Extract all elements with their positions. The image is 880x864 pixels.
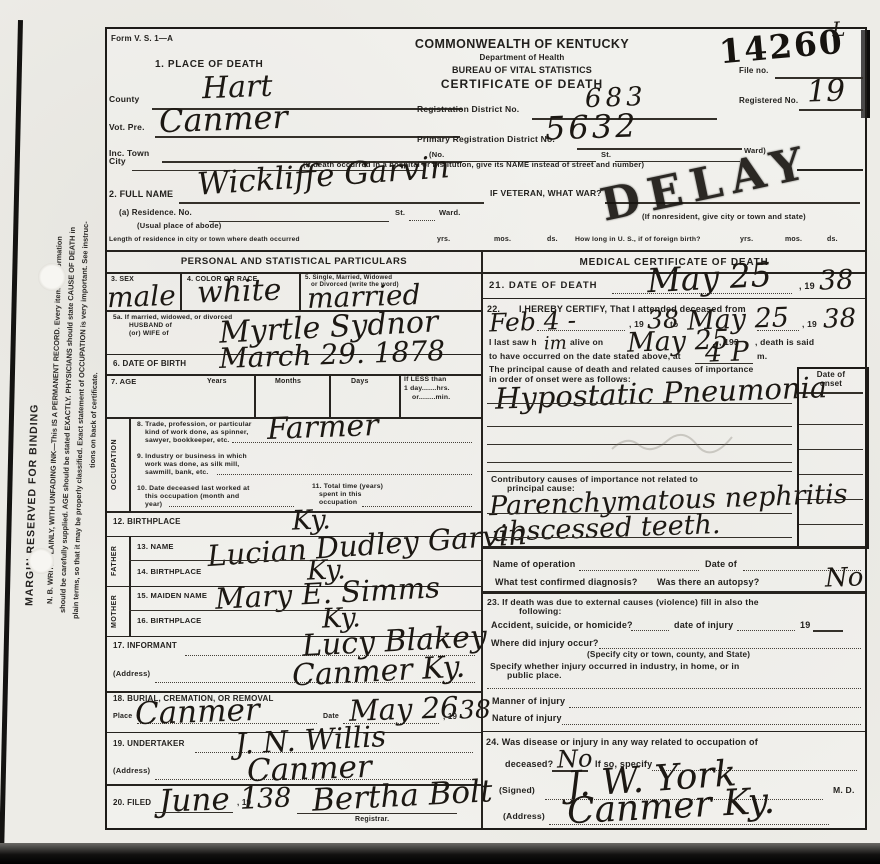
birthplace-label: 12. BIRTHPLACE <box>113 518 181 527</box>
nonresident-note: (If nonresident, give city or town and s… <box>642 213 806 222</box>
faint-pencil-mark <box>607 427 737 457</box>
bureau-subtitle: BUREAU OF VITAL STATISTICS <box>377 65 667 75</box>
rule-line <box>107 272 481 274</box>
ds-label: ds. <box>547 236 558 244</box>
informant-label: 17. INFORMANT <box>113 642 177 651</box>
attended-to-19: , 19 <box>802 320 817 330</box>
occ10-label-1: 10. Date deceased last worked at <box>137 485 250 493</box>
rule-line <box>297 813 457 814</box>
rule-line <box>129 610 481 611</box>
nature-label: Nature of injury <box>492 713 562 723</box>
occ8-value: Farmer <box>267 411 380 445</box>
death-certificate-scan: MARGIN RESERVED FOR BINDING N. B. WRITE … <box>0 0 880 864</box>
dotted-line <box>631 630 669 631</box>
place-of-death-heading: 1. PLACE OF DEATH <box>155 59 263 70</box>
cell-border <box>299 272 301 310</box>
age-months-label: Months <box>275 378 301 386</box>
residence-st-label: St. <box>395 209 405 217</box>
burial-place-value: Canmer <box>134 695 260 730</box>
rule-line <box>487 403 792 404</box>
personal-title: PERSONAL AND STATISTICAL PARTICULARS <box>107 257 481 268</box>
mos-label: mos. <box>494 236 511 244</box>
registered-no-label: Registered No. <box>739 97 798 106</box>
city-label: City <box>109 157 126 167</box>
registrar-signature: Bertha Bolt <box>311 776 493 816</box>
occ11-label-1: 11. Total time (years) <box>312 483 383 491</box>
dotted-line <box>409 220 435 221</box>
dotted-line <box>737 630 795 631</box>
occ9-label-2: work was done, as silk mill, <box>145 461 239 469</box>
signed-label: (Signed) <box>499 786 535 796</box>
full-name-value: Wickliffe Garvin <box>196 152 450 201</box>
burial-date-label: Date <box>323 713 339 721</box>
age-less-label-1: If LESS than <box>404 376 446 384</box>
mother-box-border <box>129 586 131 636</box>
age-less-label-2: 1 day.......hrs. <box>404 385 450 393</box>
age-years-label: Years <box>207 378 227 386</box>
rule-line <box>487 537 792 538</box>
rule-line <box>179 202 484 204</box>
section-divider <box>107 250 865 252</box>
mother-name-label: 15. MAIDEN NAME <box>137 592 207 601</box>
father-name-label: 13. NAME <box>137 543 174 552</box>
department-subtitle: Department of Health <box>377 54 667 63</box>
dob-value: March 29. 1878 <box>219 337 446 373</box>
father-name-value: Lucian Dudley Garvin <box>206 520 527 571</box>
rule-line <box>813 630 843 632</box>
punch-hole-top <box>38 263 66 291</box>
father-vertical-label: FATHER <box>111 538 118 584</box>
injury-date-label: date of injury <box>674 620 733 630</box>
rule-line <box>483 298 865 299</box>
rule-line <box>799 449 863 450</box>
county-label: County <box>109 95 139 105</box>
mother-birthplace-label: 16. BIRTHPLACE <box>137 617 201 626</box>
occurred-label: to have occurred on the date stated abov… <box>489 352 681 362</box>
cause-of-death-value: Hypostatic Pneumonia <box>495 373 828 414</box>
yrs-label-2: yrs. <box>740 236 753 244</box>
dotted-line <box>579 570 699 571</box>
q24-deceased-label: deceased? <box>505 759 553 769</box>
punch-hole-bottom <box>28 548 54 574</box>
race-value: white <box>197 276 282 309</box>
dod-year-value: 38 <box>819 266 854 294</box>
autopsy-value: No <box>825 564 864 591</box>
mos-label-2: mos. <box>785 236 802 244</box>
rule-line <box>483 591 865 594</box>
occupation-vertical-label: OCCUPATION <box>111 419 118 509</box>
residence-label: (a) Residence. No. <box>119 209 192 218</box>
cell-border <box>254 374 256 417</box>
registrar-label: Registrar. <box>355 816 389 824</box>
burial-place-label: Place <box>113 713 132 721</box>
rule-line <box>483 546 865 549</box>
occ9-label-1: 9. Industry or business in which <box>137 453 247 461</box>
dotted-line <box>169 506 294 507</box>
informant-address-label: (Address) <box>113 670 150 679</box>
occ8-label-1: 8. Trade, profession, or particular <box>137 421 252 429</box>
yrs-label: yrs. <box>437 236 450 244</box>
where-injury-note: (Specify city or town, county, and State… <box>587 650 750 659</box>
dotted-line <box>757 330 799 331</box>
manner-label: Manner of injury <box>492 696 565 706</box>
howlong-us-label: How long in U. S., if of foreign birth? <box>575 236 701 244</box>
veteran-label: IF VETERAN, WHAT WAR? <box>490 189 602 199</box>
date-of-death-label: 21. DATE OF DEATH <box>489 281 598 292</box>
dotted-line <box>549 824 829 825</box>
residence-ward-label: Ward. <box>439 209 461 217</box>
filed-label: 20. FILED <box>113 799 151 808</box>
sex-value: male <box>107 282 177 312</box>
dotted-line <box>487 688 861 689</box>
q23-label-2: following: <box>519 607 562 617</box>
primary-registration-label: Primary Registration District No. <box>417 135 555 145</box>
father-birthplace-label: 14. BIRTHPLACE <box>137 568 201 577</box>
commonwealth-title: COMMONWEALTH OF KENTUCKY <box>377 37 667 51</box>
spouse-label-3: (or) WIFE of <box>129 330 169 337</box>
occ10-label-2: this occupation (month and <box>145 493 239 501</box>
physician-address-label: (Address) <box>503 812 545 822</box>
dotted-line <box>599 648 861 649</box>
death-said-label: , death is said <box>755 338 814 348</box>
registration-district-label: Registration District No. <box>417 105 519 115</box>
test-label: What test confirmed diagnosis? <box>495 577 638 587</box>
dotted-line <box>562 724 861 725</box>
dotted-line <box>569 707 861 708</box>
occ8-label-3: sawyer, bookkeeper, etc. <box>145 437 230 445</box>
operation-date-label: Date of <box>705 559 737 569</box>
precinct-value: Canmer <box>158 101 288 137</box>
ds-label-2: ds. <box>827 236 838 244</box>
spouse-label-1: 5a. If married, widowed, or divorced <box>113 314 232 321</box>
rule-line <box>155 812 233 813</box>
dod-year-19: , 19 <box>799 281 815 291</box>
margin-note-line4: tions on back of certificate. <box>86 300 101 540</box>
occ8-label-2: kind of work done, as spinner, <box>145 429 248 437</box>
accident-label: Accident, suicide, or homicide? <box>491 620 633 630</box>
dotted-line <box>537 330 625 331</box>
scan-bottom-band <box>0 843 880 864</box>
occ9-label-3: sawmill, bank, etc. <box>145 469 209 477</box>
occ11-label-2: spent in this <box>319 491 362 499</box>
operation-label: Name of operation <box>493 559 575 569</box>
informant-address-value: Canmer Ky. <box>291 652 466 691</box>
rule-line <box>487 462 792 463</box>
time-m-label: m. <box>757 352 767 362</box>
age-days-label: Days <box>351 378 369 386</box>
registered-no-value: 19 <box>806 76 845 107</box>
city-st-label: St. <box>601 151 611 159</box>
filed-year-value: 38 <box>257 784 292 812</box>
rule-line <box>129 560 481 561</box>
burial-year-19: , 19 <box>443 713 457 722</box>
margin-binding-text: MARGIN RESERVED FOR BINDING <box>20 290 43 720</box>
spouse-label-2: HUSBAND of <box>129 322 172 329</box>
rule-line <box>799 424 863 425</box>
rule-line <box>487 471 792 472</box>
rule-line <box>209 221 389 222</box>
stamp-suffix-mark: L <box>832 19 846 39</box>
attended-from-value: Feb 4 - <box>489 307 577 335</box>
undertaker-address-label: (Address) <box>113 767 150 776</box>
cell-border <box>180 272 182 310</box>
md-label: M. D. <box>833 786 855 796</box>
rule-line <box>799 474 863 475</box>
full-name-label: 2. FULL NAME <box>109 189 173 199</box>
age-less-label-3: or........min. <box>412 394 450 402</box>
attended-to-year: 38 <box>823 305 857 332</box>
dotted-line <box>362 506 472 507</box>
rule-line <box>799 524 863 525</box>
contributory-value-2: abscessed teeth. <box>493 511 721 546</box>
length-residence-label: Length of residence in city or town wher… <box>109 236 300 243</box>
where-injury-label: Where did injury occur? <box>491 638 599 648</box>
autopsy-label: Was there an autopsy? <box>657 577 759 587</box>
age-label: 7. AGE <box>111 378 137 386</box>
cell-border <box>399 374 401 417</box>
dob-label: 6. DATE OF BIRTH <box>113 360 186 369</box>
injury-19-label: 19 <box>800 620 810 630</box>
undertaker-label: 19. UNDERTAKER <box>113 740 185 749</box>
alive-on-label: alive on <box>570 338 603 348</box>
burial-year-value: 38 <box>459 696 492 722</box>
binding-edge-line <box>0 20 23 852</box>
father-box-border <box>129 536 131 586</box>
primary-registration-value: 5632 <box>544 109 638 144</box>
filed-year-19: , 19 <box>237 799 251 808</box>
form-number: Form V. S. 1—A <box>111 35 173 44</box>
file-number-stamp: 14260 <box>718 22 846 72</box>
certificate-form: Form V. S. 1—A 1. PLACE OF DEATH County … <box>105 27 867 830</box>
date-of-death-value: May 25 <box>646 258 772 297</box>
last-saw-label: I last saw h <box>489 338 537 348</box>
abode-note: (Usual place of abode) <box>137 222 221 230</box>
mother-vertical-label: MOTHER <box>111 588 118 634</box>
occupation-box-border <box>129 417 131 511</box>
file-no-label: File no. <box>739 67 769 76</box>
rule-line <box>483 731 865 732</box>
q24-label-1: 24. Was disease or injury in any way rel… <box>486 737 758 747</box>
dotted-line <box>217 474 472 475</box>
precinct-label: Vot. Pre. <box>109 123 145 133</box>
occ10-label-3: year) <box>145 501 162 509</box>
specify-label-2: public place. <box>507 671 562 681</box>
